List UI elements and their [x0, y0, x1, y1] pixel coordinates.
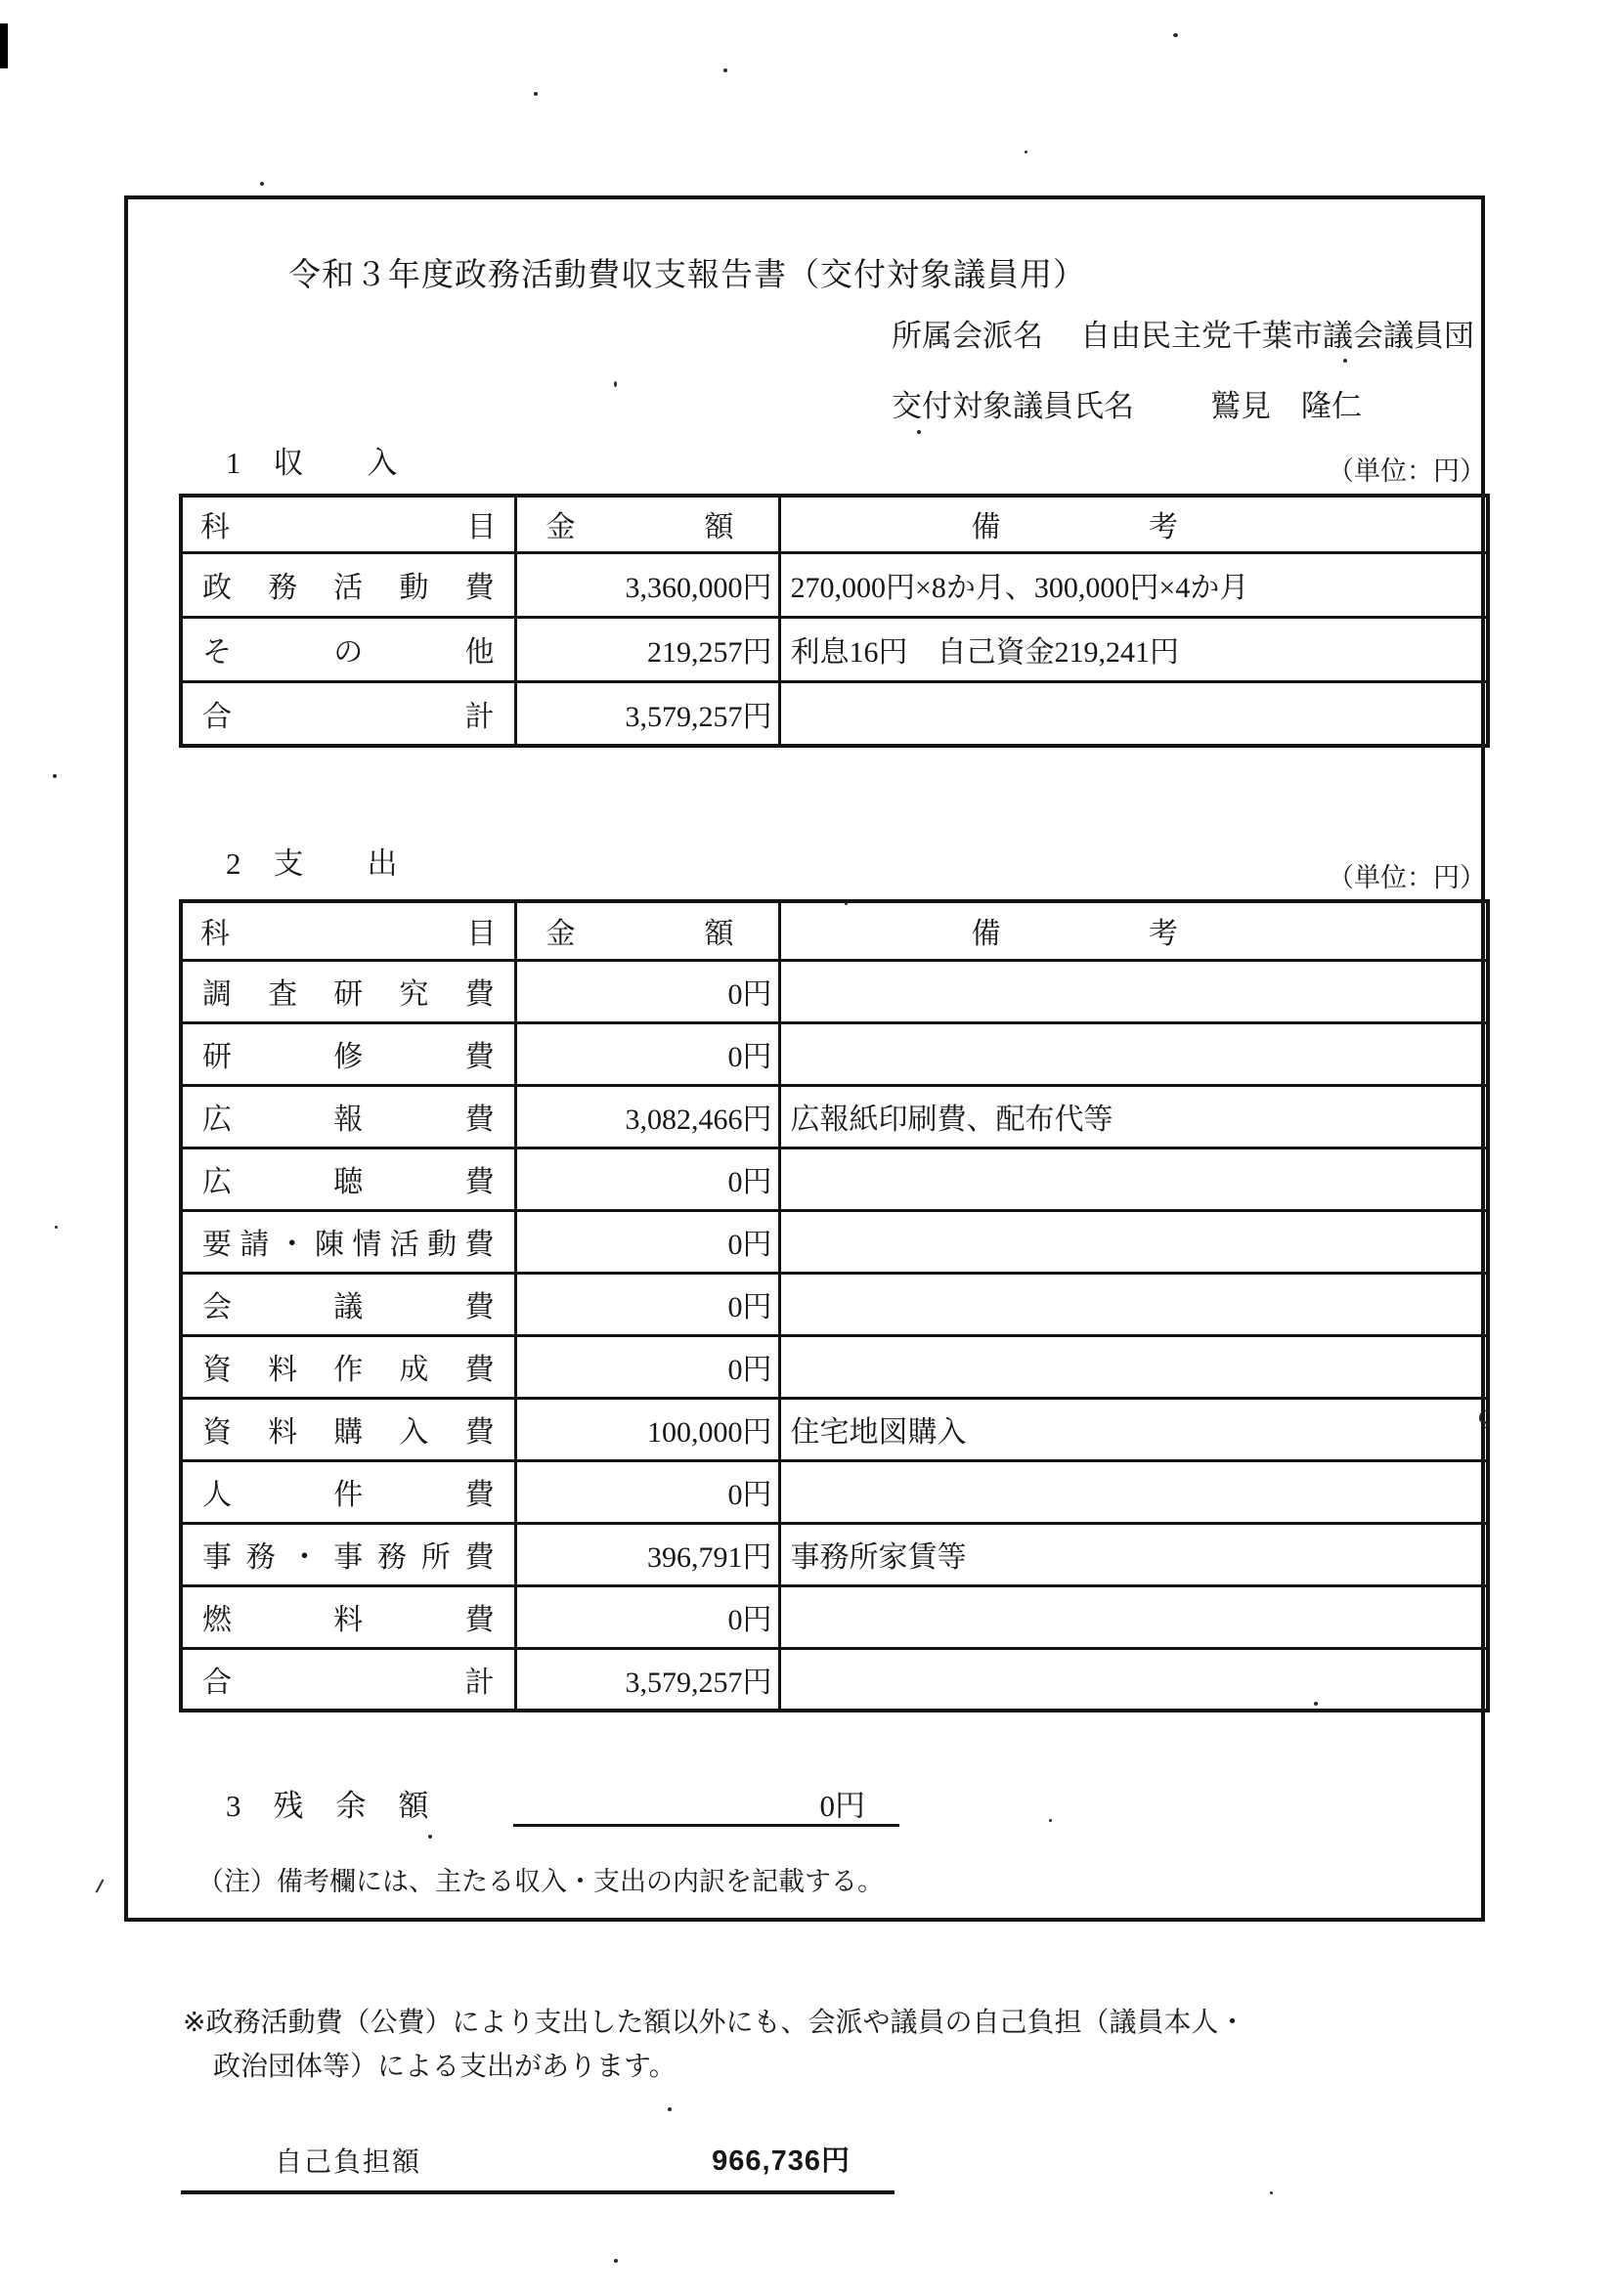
scan-speck	[260, 182, 264, 186]
item-cell: 人件費	[181, 1460, 515, 1523]
remarks-note: （注）備考欄には、主たる収入・支出の内訳を記載する。	[197, 1860, 884, 1898]
amount-cell: 0円	[515, 1460, 779, 1523]
income-unit-note: （単位：円）	[1149, 450, 1486, 488]
income-table: 科目 金額 備考 政務活動費 3,360,000円 270,000円×8か月、3…	[179, 494, 1490, 748]
member-label: 交付対象議員氏名	[892, 381, 1134, 425]
remarks-cell	[779, 1648, 1488, 1711]
item-cell: 要請・陳情活動費	[181, 1210, 515, 1273]
scan-speck	[53, 774, 57, 778]
footnote-line-2: 政治団体等）による支出があります。	[213, 2045, 677, 2084]
self-burden-value: 966,736円	[513, 2139, 851, 2179]
expense-table: 科目 金額 備考 調査研究費 0円 研修費 0円 広報費 3,082,466円 …	[179, 899, 1490, 1712]
scan-speck	[1314, 1702, 1318, 1706]
remarks-cell: 270,000円×8か月、300,000円×4か月	[779, 552, 1488, 617]
income-header-remarks: 備考	[779, 496, 1488, 552]
scan-slash-artifact	[96, 1879, 105, 1892]
member-name: 鷲見 隆仁	[1210, 381, 1362, 425]
table-row: 事務・事務所費 396,791円 事務所家賃等	[181, 1523, 1488, 1585]
income-header-item: 科目	[181, 496, 515, 552]
amount-cell: 3,082,466円	[515, 1085, 779, 1148]
scan-speck	[1173, 33, 1178, 37]
remarks-cell	[779, 1585, 1488, 1648]
amount-cell: 3,579,257円	[515, 1648, 779, 1711]
item-cell: 調査研究費	[181, 960, 515, 1022]
self-burden-label: 自己負担額	[275, 2141, 421, 2180]
table-row: 合計 3,579,257円	[181, 1648, 1488, 1711]
remarks-cell	[779, 960, 1488, 1022]
scan-speck	[845, 902, 848, 905]
item-cell: 広聴費	[181, 1148, 515, 1210]
amount-cell: 3,360,000円	[515, 552, 779, 617]
table-row: その他 219,257円 利息16円 自己資金219,241円	[181, 617, 1488, 681]
item-cell: 合計	[181, 1648, 515, 1711]
table-row: 広聴費 0円	[181, 1148, 1488, 1210]
scan-edge-artifact	[0, 23, 8, 68]
scan-speck	[1270, 2191, 1273, 2194]
amount-cell: 396,791円	[515, 1523, 779, 1585]
income-section-heading: 1 収 入	[226, 438, 399, 482]
amount-cell: 3,579,257円	[515, 681, 779, 746]
amount-cell: 219,257円	[515, 617, 779, 681]
item-cell: 資料作成費	[181, 1335, 515, 1398]
scan-speck	[1343, 359, 1347, 363]
table-row: 資料作成費 0円	[181, 1335, 1488, 1398]
remarks-cell	[779, 1273, 1488, 1335]
expense-unit-note: （単位：円）	[1149, 856, 1486, 894]
amount-cell: 0円	[515, 1273, 779, 1335]
income-header-amount: 金額	[515, 496, 779, 552]
amount-cell: 0円	[515, 1585, 779, 1648]
item-cell: 広報費	[181, 1085, 515, 1148]
expense-header-amount: 金額	[515, 901, 779, 960]
faction-label: 所属会派名	[892, 311, 1043, 355]
remarks-cell: 事務所家賃等	[779, 1523, 1488, 1585]
self-burden-underline	[181, 2190, 895, 2194]
scan-speck	[614, 2259, 618, 2263]
amount-cell: 0円	[515, 1335, 779, 1398]
faction-name: 自由民主党千葉市議会議員団	[1080, 311, 1474, 355]
expense-section-heading: 2 支 出	[226, 839, 399, 883]
remarks-cell: 住宅地図購入	[779, 1398, 1488, 1460]
remarks-cell	[779, 1148, 1488, 1210]
scan-speck	[1025, 151, 1027, 153]
income-table-header-row: 科目 金額 備考	[181, 496, 1488, 552]
scan-speck	[723, 68, 727, 72]
remarks-cell	[779, 1460, 1488, 1523]
scan-speck	[1135, 597, 1138, 600]
table-row: 政務活動費 3,360,000円 270,000円×8か月、300,000円×4…	[181, 552, 1488, 617]
item-cell: 政務活動費	[181, 552, 515, 617]
remarks-cell	[779, 1210, 1488, 1273]
item-cell: 事務・事務所費	[181, 1523, 515, 1585]
balance-value: 0円	[513, 1781, 899, 1825]
amount-cell: 0円	[515, 960, 779, 1022]
scan-speck	[917, 430, 921, 434]
balance-heading: 3 残 余 額	[226, 1781, 430, 1825]
balance-underline	[513, 1824, 899, 1827]
remarks-cell	[779, 1335, 1488, 1398]
expense-table-header-row: 科目 金額 備考	[181, 901, 1488, 960]
table-row: 燃料費 0円	[181, 1585, 1488, 1648]
amount-cell: 0円	[515, 1022, 779, 1085]
scan-speck	[668, 2107, 672, 2111]
amount-cell: 100,000円	[515, 1398, 779, 1460]
item-cell: 合計	[181, 681, 515, 746]
expense-header-item: 科目	[181, 901, 515, 960]
scan-speck	[428, 1835, 432, 1839]
scan-speck	[614, 381, 617, 387]
item-cell: 研修費	[181, 1022, 515, 1085]
table-row: 要請・陳情活動費 0円	[181, 1210, 1488, 1273]
expense-header-remarks: 備考	[779, 901, 1488, 960]
scan-speck	[1049, 1819, 1052, 1822]
scan-speck	[55, 1226, 58, 1229]
amount-cell: 0円	[515, 1148, 779, 1210]
remarks-cell	[779, 681, 1488, 746]
remarks-cell: 利息16円 自己資金219,241円	[779, 617, 1488, 681]
table-row: 広報費 3,082,466円 広報紙印刷費、配布代等	[181, 1085, 1488, 1148]
item-cell: 会議費	[181, 1273, 515, 1335]
report-title: 令和３年度政務活動費収支報告書（交付対象議員用）	[288, 249, 1086, 295]
remarks-cell: 広報紙印刷費、配布代等	[779, 1085, 1488, 1148]
item-cell: その他	[181, 617, 515, 681]
scanned-report-page: 令和３年度政務活動費収支報告書（交付対象議員用） 所属会派名 自由民主党千葉市議…	[0, 0, 1615, 2296]
item-cell: 資料購入費	[181, 1398, 515, 1460]
table-row: 調査研究費 0円	[181, 960, 1488, 1022]
amount-cell: 0円	[515, 1210, 779, 1273]
scan-curl-artifact: ς	[1478, 1400, 1489, 1431]
table-row: 研修費 0円	[181, 1022, 1488, 1085]
scan-speck	[534, 92, 538, 96]
table-row: 会議費 0円	[181, 1273, 1488, 1335]
table-row: 人件費 0円	[181, 1460, 1488, 1523]
item-cell: 燃料費	[181, 1585, 515, 1648]
footnote-line-1: ※政務活動費（公費）により支出した額以外にも、会派や議員の自己負担（議員本人・	[183, 2001, 1245, 2040]
remarks-cell	[779, 1022, 1488, 1085]
table-row: 合計 3,579,257円	[181, 681, 1488, 746]
table-row: 資料購入費 100,000円 住宅地図購入	[181, 1398, 1488, 1460]
